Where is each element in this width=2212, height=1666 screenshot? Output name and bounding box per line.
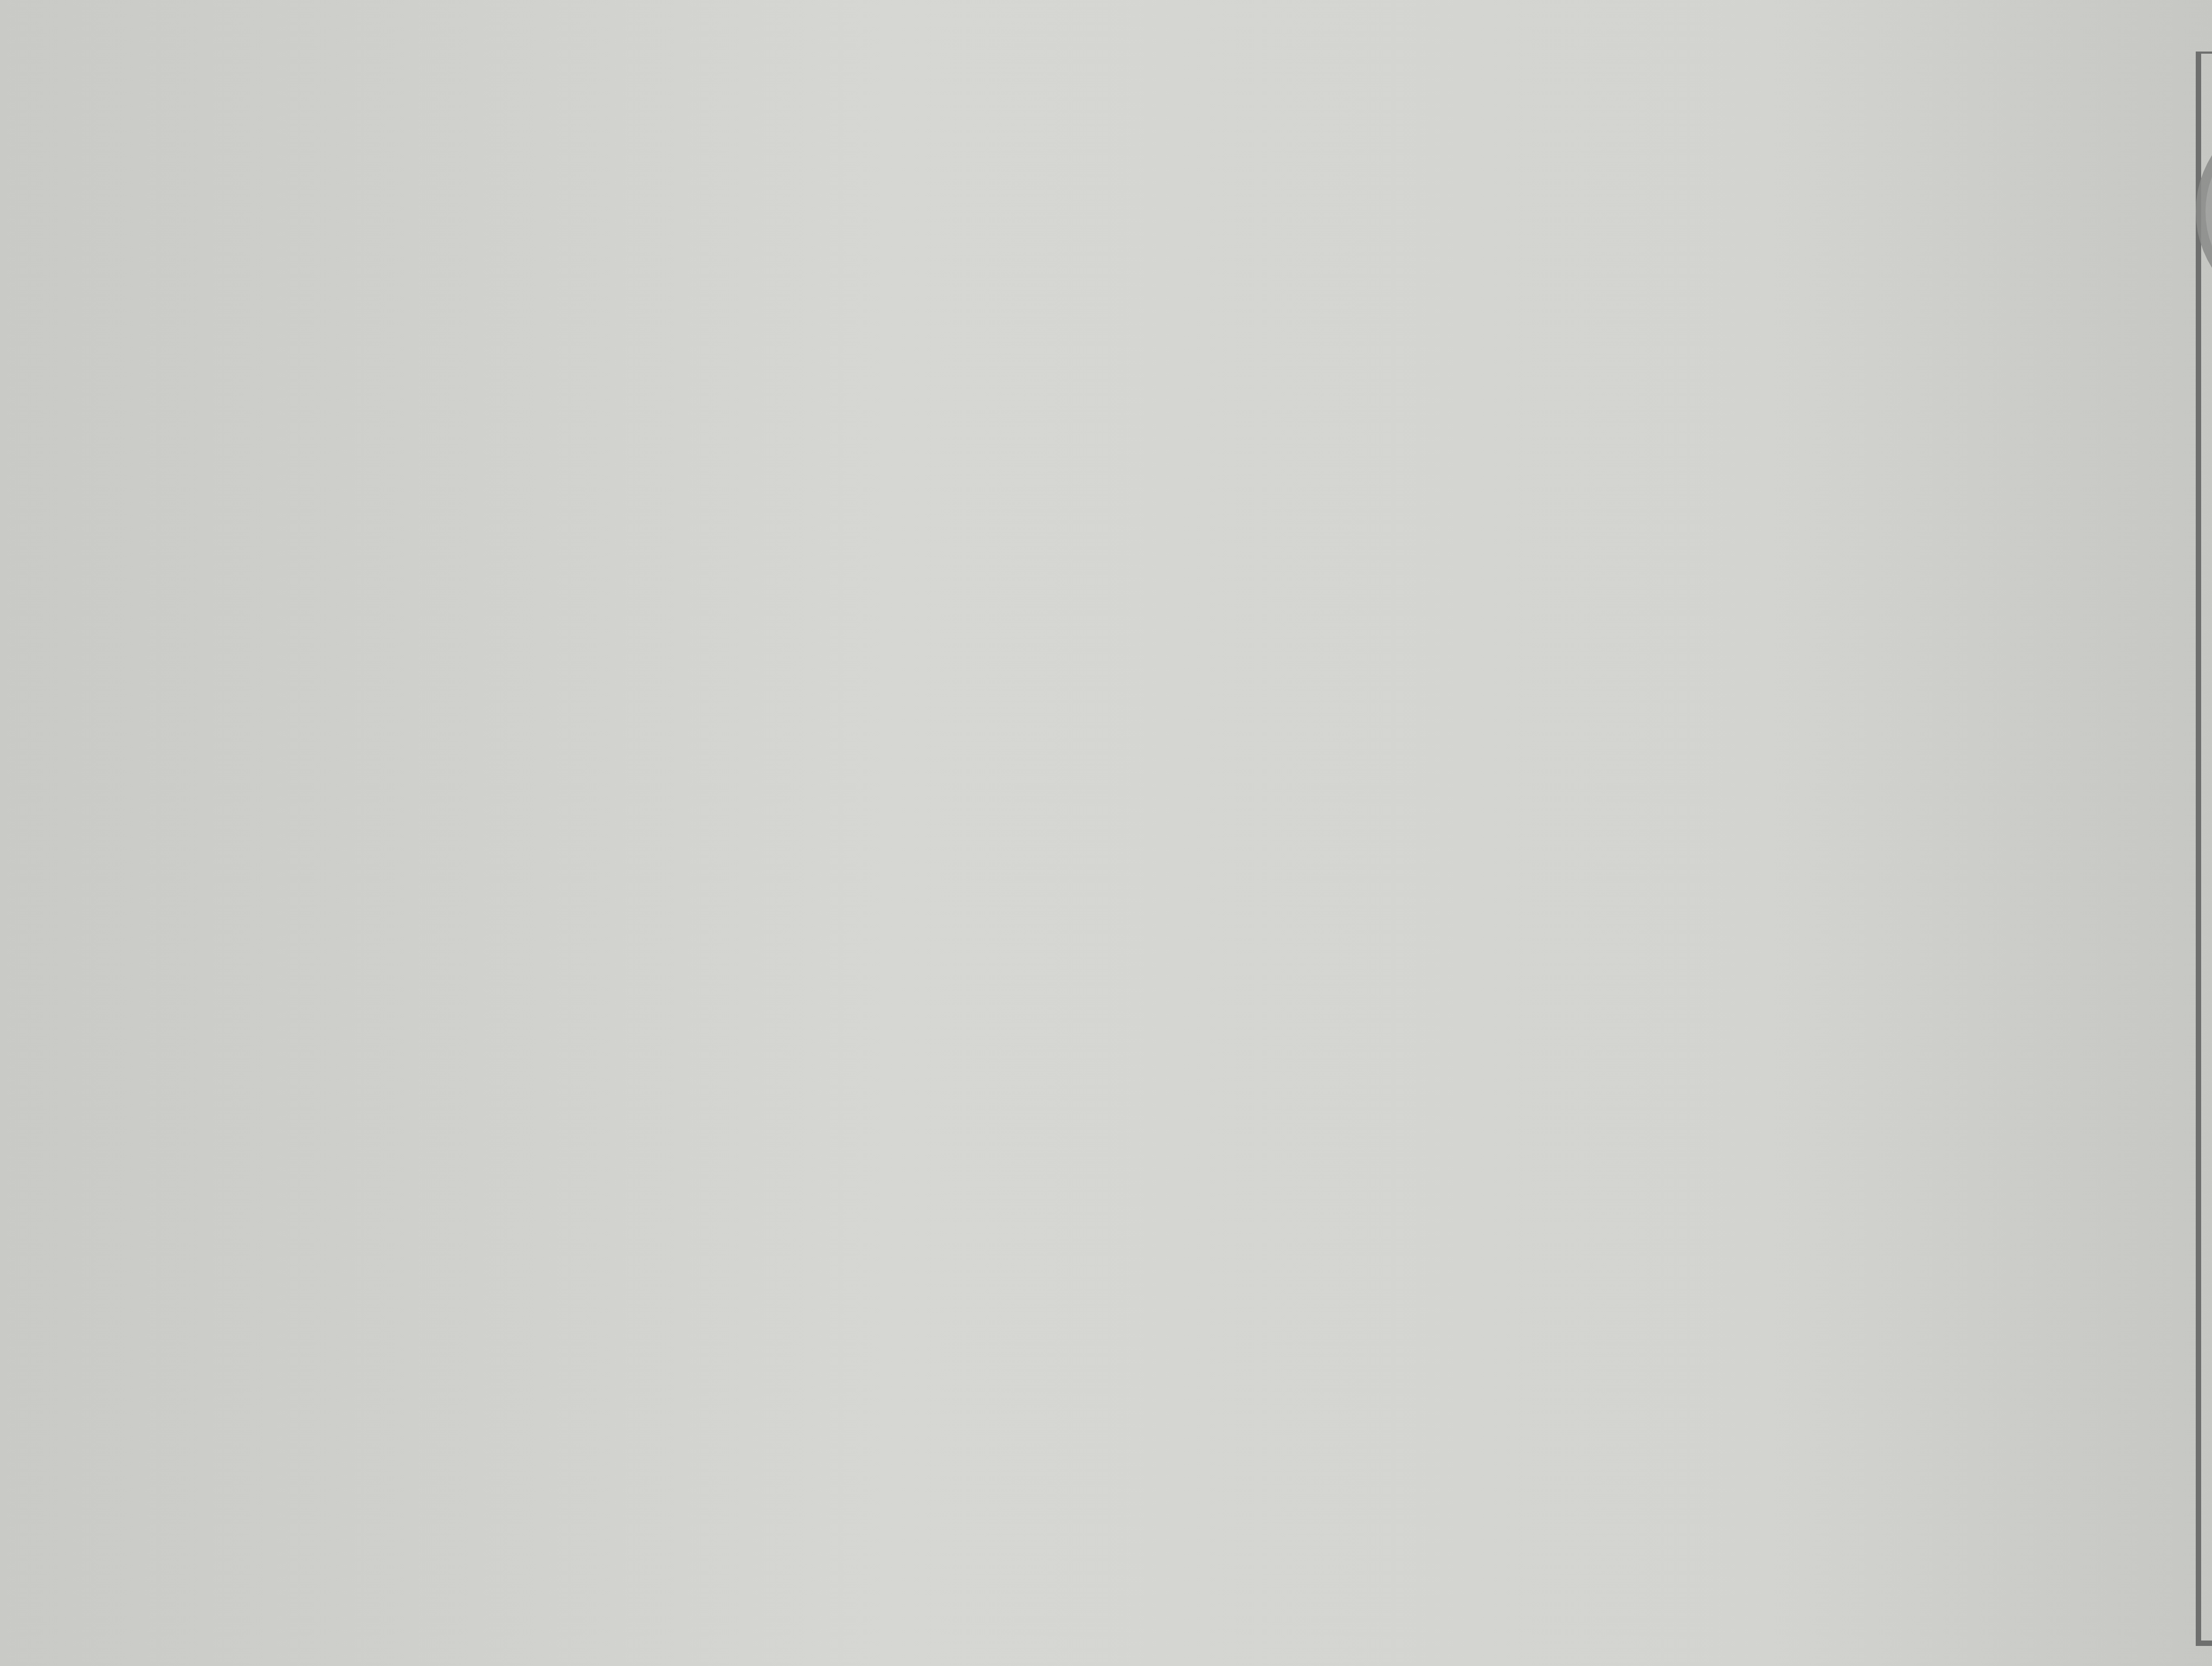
photo-background (0, 0, 2212, 1666)
certificate-page: ☪ République Tunisienne Ministère de la … (2174, 30, 2212, 1657)
page-border (2196, 52, 2212, 1646)
